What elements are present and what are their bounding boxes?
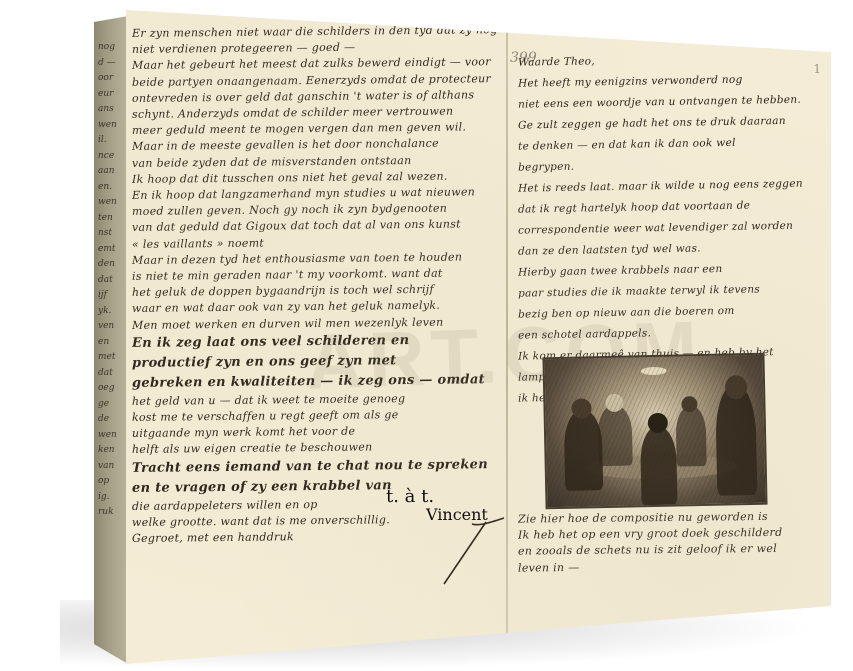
side-text-fragment: yk. <box>94 304 128 320</box>
side-text-fragment: op <box>94 474 128 490</box>
signature-flourish <box>426 510 506 590</box>
side-text-fragment: ven <box>94 319 128 335</box>
sketch-caption: Zie hier hoe de compositie nu geworden i… <box>518 510 818 575</box>
text-line: leven in — <box>518 557 818 576</box>
closing: t. à t. <box>386 486 434 507</box>
canvas-front: ART.COM Er zyn menschen niet waar die sc… <box>126 10 831 664</box>
side-text-fragment: wen <box>94 195 128 211</box>
side-text-fragment: oor <box>94 71 128 87</box>
side-text-fragment: nog <box>94 40 128 56</box>
side-text-fragment: nst <box>94 226 128 242</box>
page-fold <box>506 10 508 664</box>
side-text-fragment: il. <box>94 133 128 149</box>
side-text-fragment: met <box>94 350 128 366</box>
left-page: Er zyn menschen niet waar die schilders … <box>132 24 500 545</box>
side-text-fragment: dat <box>94 273 128 289</box>
side-text-fragment: en <box>94 335 128 351</box>
side-text-fragment: ge <box>94 397 128 413</box>
side-text-fragment: wen <box>94 118 128 134</box>
side-text-fragment: ans <box>94 102 128 118</box>
side-text-fragment: van <box>94 459 128 475</box>
potato-eaters-sketch <box>542 353 767 510</box>
side-text-fragment: dat <box>94 366 128 382</box>
side-text-fragment: ken <box>94 443 128 459</box>
sketch-hatching <box>544 355 765 508</box>
side-text-fragment: emt <box>94 242 128 258</box>
right-page: Waarde Theo,Het heeft my eenigzins verwo… <box>518 50 818 407</box>
side-text-fragment: eur <box>94 87 128 103</box>
side-text-fragment: de <box>94 412 128 428</box>
side-text-fragment: oeg <box>94 381 128 397</box>
side-text-fragment: aan <box>94 164 128 180</box>
side-text-fragment: den <box>94 257 128 273</box>
side-text-fragment: ruk <box>94 505 128 521</box>
side-text-fragment: ten <box>94 211 128 227</box>
side-text-fragment: en. <box>94 180 128 196</box>
side-text-fragment: d — <box>94 56 128 72</box>
side-text-fragment: ig. <box>94 490 128 506</box>
canvas-side-edge: nogd —ooreuranswenil.nceaanen.wentennste… <box>94 16 128 664</box>
side-text-fragment: wen <box>94 428 128 444</box>
side-text-fragment: nce <box>94 149 128 165</box>
side-text-fragment: ijf <box>94 288 128 304</box>
